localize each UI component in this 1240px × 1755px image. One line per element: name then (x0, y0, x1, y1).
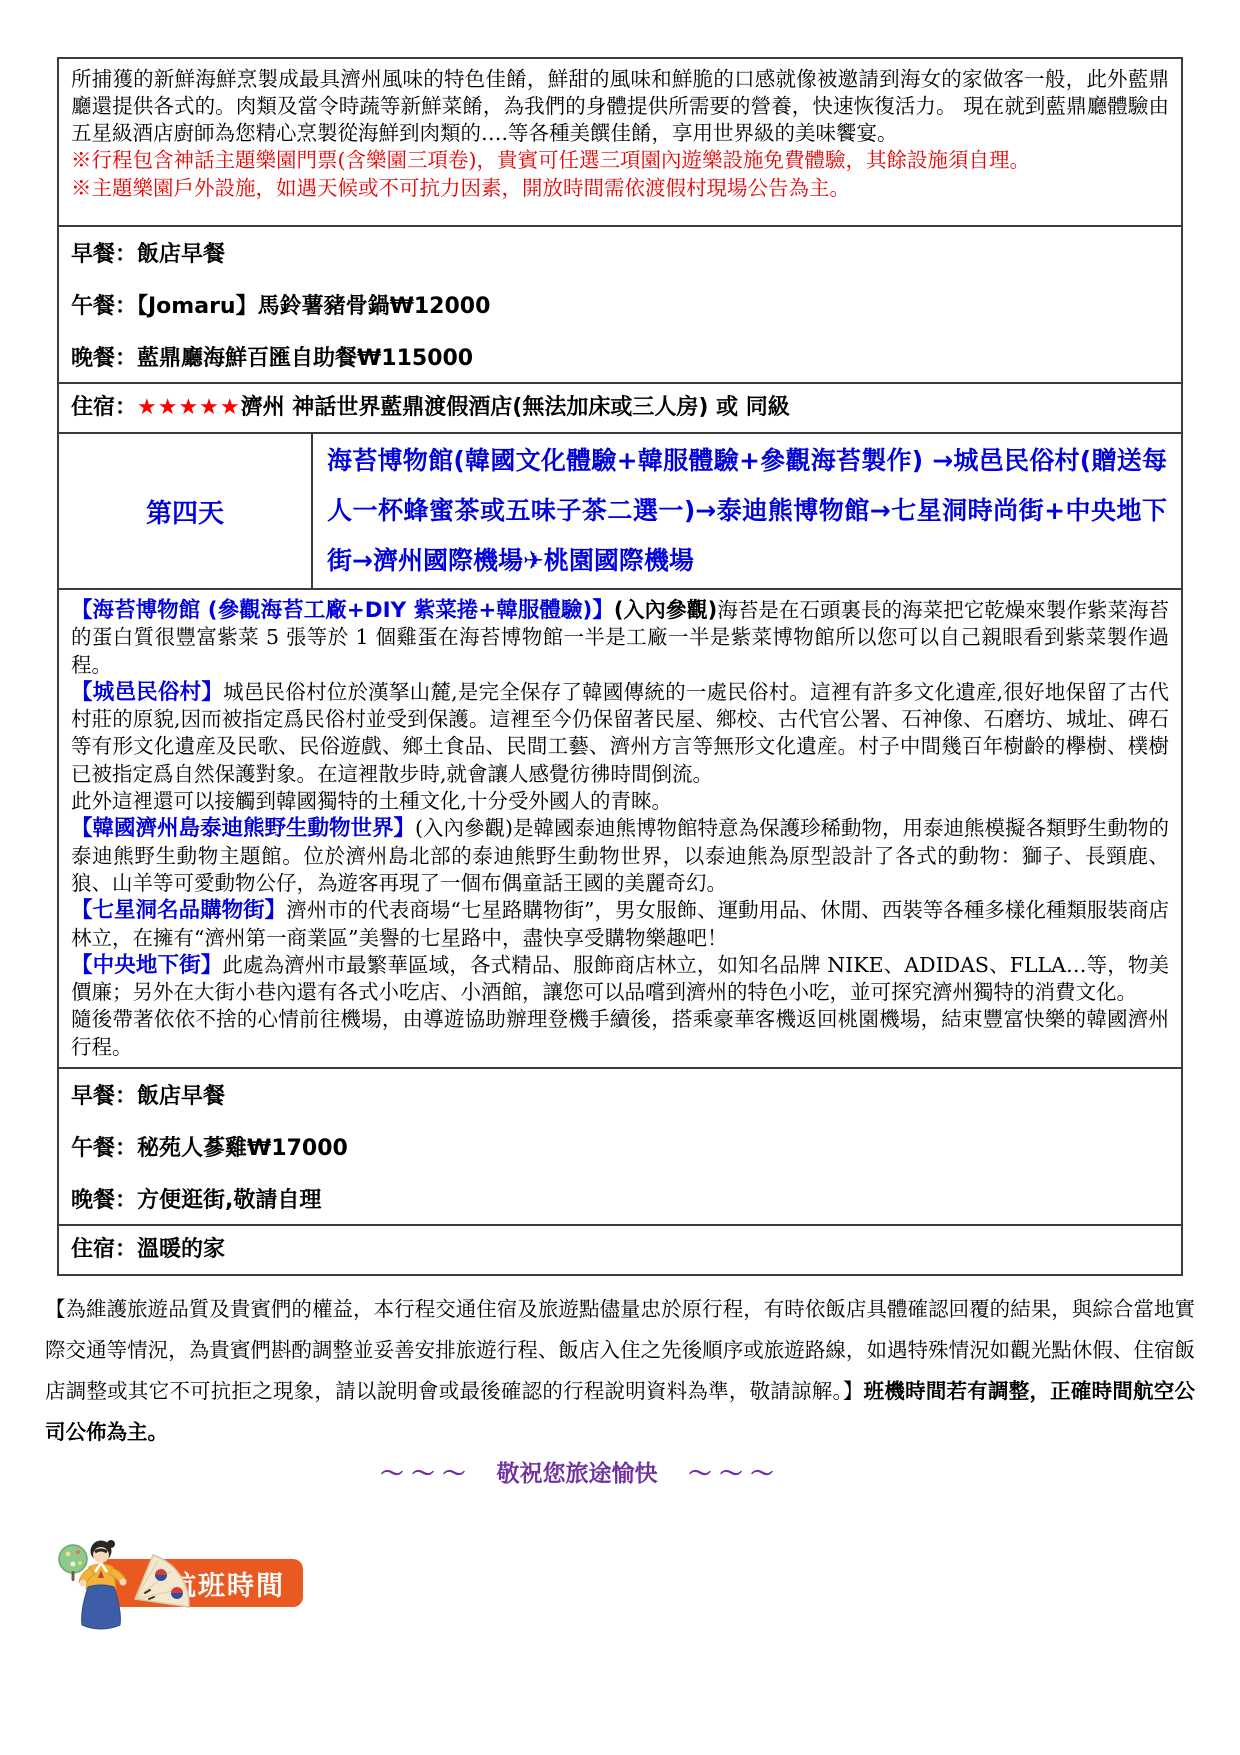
day3-breakfast: 早餐：飯店早餐 (71, 242, 1169, 268)
attraction-title: 【七星洞名品購物街】 (71, 898, 286, 923)
disclaimer-paragraph: 【為維護旅遊品質及貴賓們的權益，本行程交通住宿及旅遊點儘量忠於原行程，有時依飯店… (45, 1289, 1195, 1453)
day3-description-text: 所捕獲的新鮮海鮮烹製成最具濟州風味的特色佳餚，鮮甜的風味和鮮脆的口感就像被邀請到… (71, 66, 1169, 147)
visit-note: (入內參觀) (614, 598, 717, 622)
hotel-name: 濟州 神話世界藍鼎渡假酒店(無法加床或三人房) 或 同級 (241, 395, 790, 420)
attraction-teddybear-safari: 【韓國濟州島泰迪熊野生動物世界】(入內參觀)是韓國泰迪熊博物館特意為保護珍稀動物… (71, 815, 1169, 897)
visit-note: (入內參觀) (415, 816, 513, 840)
closing-paragraph: 隨後帶著依依不捨的心情前往機場，由導遊協助辦理登機手續後，搭乘豪華客機返回桃園機… (71, 1006, 1169, 1061)
day4-meals-cell: 早餐：飯店早餐 午餐：秘苑人蔘雞₩17000 晚餐：方便逛街,敬請自理 (59, 1067, 1181, 1224)
itinerary-page: 所捕獲的新鮮海鮮烹製成最具濟州風味的特色佳餚，鮮甜的風味和鮮脆的口感就像被邀請到… (0, 0, 1240, 1755)
day4-dinner: 晚餐：方便逛街,敬請自理 (71, 1188, 1169, 1214)
day3-dinner: 晚餐：藍鼎廳海鮮百匯自助餐₩115000 (71, 346, 1169, 372)
day4-lodging-cell: 住宿：溫暖的家 (59, 1224, 1181, 1274)
park-ticket-note: ※行程包含神話主題樂園門票(含樂園三項卷)，貴賓可任選三項園內遊樂設施免費體驗，… (71, 147, 1169, 175)
attraction-title: 【中央地下街】 (71, 953, 222, 978)
lodging-label: 住宿： (71, 395, 137, 420)
day4-header-row: 第四天 海苔博物館(韓國文化體驗+韓服體驗+參觀海苔製作) →城邑民俗村(贈送每… (59, 432, 1181, 588)
attraction-jungang-underground-mall: 【中央地下街】此處為濟州市最繁華區域，各式精品、服飾商店林立，如知名品牌 NIK… (71, 952, 1169, 1007)
attraction-body: 城邑民俗村位於漢拏山麓,是完全保存了韓國傳統的一處民俗村。這裡有許多文化遺産,很… (71, 680, 1169, 786)
attraction-title: 【城邑民俗村】 (71, 680, 223, 705)
day3-description-cell: 所捕獲的新鮮海鮮烹製成最具濟州風味的特色佳餚，鮮甜的風味和鮮脆的口感就像被邀請到… (59, 59, 1181, 225)
day4-itinerary: 海苔博物館(韓國文化體驗+韓服體驗+參觀海苔製作) →城邑民俗村(贈送每人一杯蜂… (327, 436, 1167, 586)
bon-voyage-wishes: ～ ～ ～ 敬祝您旅途愉快 ～ ～ ～ (57, 1457, 1097, 1491)
day3-lodging: 住宿：★★★★★濟州 神話世界藍鼎渡假酒店(無法加床或三人房) 或 同級 (71, 395, 1169, 421)
day3-meals-cell: 早餐：飯店早餐 午餐：【Jomaru】馬鈴薯豬骨鍋₩12000 晚餐：藍鼎廳海鮮… (59, 225, 1181, 382)
day4-lunch: 午餐：秘苑人蔘雞₩17000 (71, 1136, 1169, 1162)
attraction-seongeup-folk-village: 【城邑民俗村】城邑民俗村位於漢拏山麓,是完全保存了韓國傳統的一處民俗村。這裡有許… (71, 679, 1169, 788)
attraction-chilseong-shopping-street: 【七星洞名品購物街】濟州市的代表商場“七星路購物街”，男女服飾、運動用品、休閒、… (71, 897, 1169, 952)
day3-lunch: 午餐：【Jomaru】馬鈴薯豬骨鍋₩12000 (71, 294, 1169, 320)
attraction-title: 【海苔博物館 (參觀海苔工廠+DIY 紫菜捲+韓服體驗)】 (71, 598, 614, 623)
itinerary-table: 所捕獲的新鮮海鮮烹製成最具濟州風味的特色佳餚，鮮甜的風味和鮮脆的口感就像被邀請到… (57, 57, 1183, 1276)
day4-lodging: 住宿：溫暖的家 (71, 1237, 1169, 1263)
day4-label-cell: 第四天 (59, 434, 311, 588)
hanbok-woman-illustration (57, 1537, 207, 1637)
park-weather-note: ※主題樂園戶外設施，如遇天候或不可抗力因素，開放時間需依渡假村現場公告為主。 (71, 175, 1169, 203)
attraction-body: 此處為濟州市最繁華區域，各式精品、服飾商店林立，如知名品牌 NIKE、ADIDA… (71, 953, 1169, 1004)
day4-itinerary-cell: 海苔博物館(韓國文化體驗+韓服體驗+參觀海苔製作) →城邑民俗村(贈送每人一杯蜂… (311, 434, 1181, 588)
attraction-seaweed-museum: 【海苔博物館 (參觀海苔工廠+DIY 紫菜捲+韓服體驗)】(入內參觀)海苔是在石… (71, 597, 1169, 679)
day4-attractions-cell: 【海苔博物館 (參觀海苔工廠+DIY 紫菜捲+韓服體驗)】(入內參觀)海苔是在石… (59, 588, 1181, 1067)
hotel-star-rating: ★★★★★ (137, 395, 241, 420)
folding-fan-icon (135, 1555, 189, 1607)
day4-breakfast: 早餐：飯店早餐 (71, 1084, 1169, 1110)
attraction-title: 【韓國濟州島泰迪熊野生動物世界】 (71, 816, 415, 841)
day4-label: 第四天 (146, 493, 224, 530)
attraction-folk-village-extra: 此外這裡還可以接觸到韓國獨特的土種文化,十分受外國人的青睞。 (71, 788, 1169, 815)
flight-time-section-header: 航班時間 (57, 1537, 377, 1637)
day3-lodging-cell: 住宿：★★★★★濟州 神話世界藍鼎渡假酒店(無法加床或三人房) 或 同級 (59, 382, 1181, 432)
